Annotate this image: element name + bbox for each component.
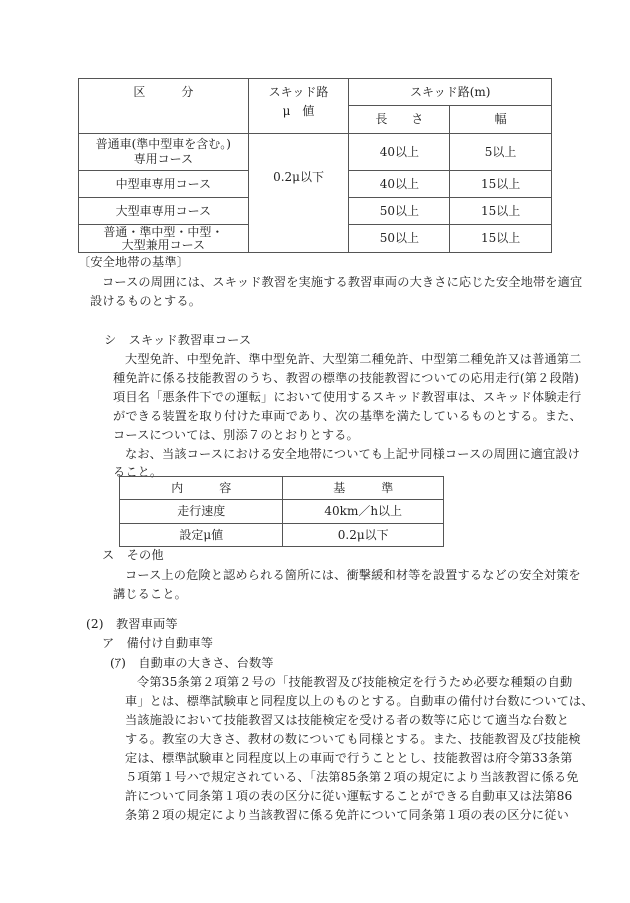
- row-standard: 40km／h以上: [283, 500, 444, 524]
- section-2-text: ５項第１号ハで規定されている、「法第85条第２項の規定により当該教習に係る免: [125, 768, 579, 785]
- section-2-text: 条第２項の規定により当該教習に係る免許について同条第１項の表の区分に従い: [125, 806, 569, 823]
- row-length: 40以上: [349, 134, 450, 171]
- row-standard: 0.2μ以下: [283, 524, 444, 547]
- safety-zone-text: 設けるものとする。: [90, 292, 201, 309]
- section-shi-text: なお、当該コースにおける安全地帯についても上記サ同様コースの周囲に適宜設け: [125, 445, 580, 462]
- section-2-text: 車」とは、標準試験車と同程度以上のものとする。自動車の備付け台数については、: [125, 692, 594, 709]
- section-2-heading: (2) 教習車両等: [86, 615, 178, 632]
- section-2-text: 令第35条第２項第２号の「技能教習及び技能検定を行うため必要な種類の自動: [137, 673, 572, 690]
- row-width: 15以上: [450, 225, 552, 253]
- row-width: 5以上: [450, 134, 552, 171]
- criteria-table: 内 容 基 準 走行速度 40km／h以上 設定μ値 0.2μ以下: [119, 476, 444, 547]
- table-row: 普通車(準中型車を含む。) 専用コース 0.2μ以下 40以上 5以上: [79, 134, 552, 171]
- section-2-text: 定は、標準試験車と同程度以上の車両で行うこととし、技能教習は府令第33条第: [125, 749, 573, 766]
- header-dims: スキッド路(m): [349, 79, 552, 106]
- row-length: 50以上: [349, 225, 450, 253]
- section-2-text: する。教室の大きさ、教材の数についても同様とする。また、技能教習及び技能検: [125, 730, 581, 747]
- section-2-sub-a1: (ｱ) 自動車の大きさ、台数等: [110, 654, 274, 671]
- section-su-text: 講じること。: [113, 585, 187, 602]
- skid-course-table: 区 分 スキッド路 μ 値 スキッド路(m) 長 さ 幅 普通車(準中型車を含む…: [78, 78, 552, 253]
- header-length: 長 さ: [349, 106, 450, 134]
- section-shi-text: 大型免許、中型免許、準中型免許、大型第二種免許、中型第二種免許又は普通第二: [125, 350, 582, 367]
- section-shi-text: 種免許に係る技能教習のうち、教習の標準の技能教習についての応用走行(第２段階): [113, 369, 579, 386]
- section-su-text: コース上の危険と認められる箇所には、衝撃緩和材等を設置するなどの安全対策を: [125, 566, 581, 583]
- row-category: 普通・準中型・中型・ 大型兼用コース: [79, 225, 249, 253]
- header-category: 区 分: [79, 79, 249, 134]
- row-content: 走行速度: [120, 500, 283, 524]
- row-category: 普通車(準中型車を含む。) 専用コース: [79, 134, 249, 171]
- section-shi-text: ができる装置を取り付けた車両であり、次の基準を満たしているものとする。また、: [113, 407, 582, 424]
- row-length: 40以上: [349, 171, 450, 198]
- row-category: 大型車専用コース: [79, 198, 249, 225]
- section-su-heading: ス その他: [102, 546, 164, 563]
- section-shi-text: コースについては、別添７のとおりとする。: [113, 426, 359, 443]
- row-width: 15以上: [450, 171, 552, 198]
- header-mu: スキッド路 μ 値: [248, 79, 349, 134]
- section-2-text: 当該施設において技能教習又は技能検定を受ける者の数等に応じて適当な台数と: [125, 711, 569, 728]
- row-width: 15以上: [450, 198, 552, 225]
- mu-value: 0.2μ以下: [248, 134, 349, 253]
- row-category: 中型車専用コース: [79, 171, 249, 198]
- safety-zone-heading: 〔安全地帯の基準〕: [78, 253, 189, 270]
- section-2-text: 許について同条第１項の表の区分に従い運転することができる自動車又は法第86: [125, 787, 572, 804]
- section-shi-heading: シ スキッド教習車コース: [104, 331, 251, 348]
- section-shi-text: 項目名「悪条件下での運転」において使用するスキッド教習車は、スキッド体験走行: [113, 388, 581, 405]
- table-row: 走行速度 40km／h以上: [120, 500, 444, 524]
- row-content: 設定μ値: [120, 524, 283, 547]
- header-standard: 基 準: [283, 477, 444, 500]
- header-width: 幅: [450, 106, 552, 134]
- row-length: 50以上: [349, 198, 450, 225]
- section-2-sub-a: ア 備付け自動車等: [102, 634, 213, 651]
- table-row: 設定μ値 0.2μ以下: [120, 524, 444, 547]
- safety-zone-text: コースの周囲には、スキッド教習を実施する教習車両の大きさに応じた安全地帯を適宜: [102, 273, 582, 290]
- header-content: 内 容: [120, 477, 283, 500]
